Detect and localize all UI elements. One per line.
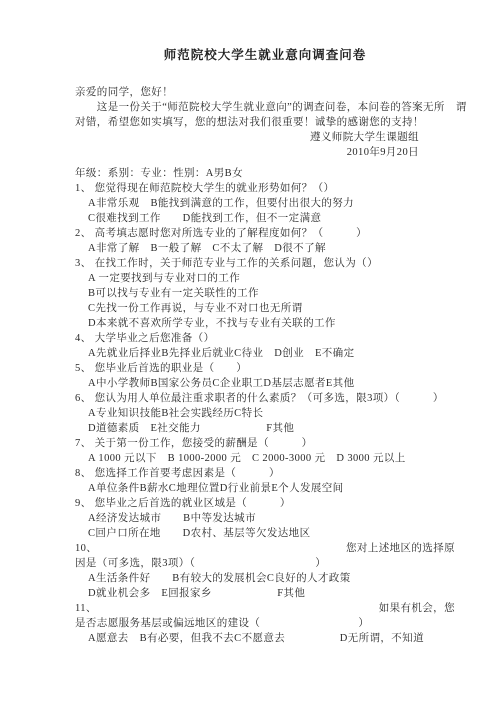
option-line: A愿意去 B有必要，但我不去C不愿意去 D无所谓，不知道: [75, 631, 455, 646]
question-text: 您对上述地区的选择原: [346, 541, 455, 556]
question-number: 10、: [75, 541, 97, 556]
option-line: C先找一份工作再说，与专业不对口也无所谓: [75, 301, 455, 316]
page-title: 师范院校大学生就业意向调查问卷: [75, 46, 455, 64]
question-line: 1、 您觉得现在师范院校大学生的就业形势如何？（）: [75, 181, 455, 196]
option-line: B可以找与专业有一定关联性的工作: [75, 286, 455, 301]
question-line: 5、 您毕业后首选的职业是（ ）: [75, 361, 455, 376]
option-line: D本来就不喜欢所学专业，不找与专业有关联的工作: [75, 316, 455, 331]
question-line: 3、 在找工作时，关于师范专业与工作的关系问题，您认为（）: [75, 256, 455, 271]
option-line: A生活条件好 B有较大的发展机会C良好的人才政策: [75, 571, 455, 586]
option-line: A非常乐观 B能找到满意的工作，但要付出很大的努力: [75, 196, 455, 211]
question-line: 9、 您毕业之后首选的就业区域是（ ）: [75, 496, 455, 511]
question-line: 10、您对上述地区的选择原: [75, 541, 455, 556]
signature-line: 2010年9月20日: [75, 145, 455, 160]
question-line: 7、 关于第一份工作，您接受的薪酬是（ ）: [75, 436, 455, 451]
question-line: 11、如果有机会，您: [75, 601, 455, 616]
option-line: C很难找到工作 D能找到工作，但不一定满意: [75, 211, 455, 226]
question-text: 如果有机会，您: [379, 601, 455, 616]
question-line: 4、 大学毕业之后您准备（）: [75, 331, 455, 346]
option-line: A专业知识技能B社会实践经历C特长: [75, 406, 455, 421]
option-line: A经济发达城市 B中等发达城市: [75, 511, 455, 526]
option-line: D就业机会多 E回报家乡 F其他: [75, 586, 455, 601]
questionnaire-page: 师范院校大学生就业意向调查问卷 亲爱的同学，您好！ 这是一份关于“师范院校大学生…: [0, 0, 500, 707]
intro-line: 对错，希望您如实填写，您的想法对我们很重要！诚挚的感谢您的支持！: [75, 115, 455, 130]
question-line: 6、 您认为用人单位最注重求职者的什么素质？（可多选，限3项）（ ）: [75, 391, 455, 406]
question-line: 8、 您选择工作首要考虑因素是（ ）: [75, 466, 455, 481]
option-line: A 一定要找到与专业对口的工作: [75, 271, 455, 286]
option-line: A单位条件B薪水C地理位置D行业前景E个人发展空间: [75, 481, 455, 496]
signature-line: 遵义师院大学生课题组: [75, 130, 455, 145]
option-line: D道德素质 E社交能力 F其他: [75, 421, 455, 436]
option-line: C回户口所在地 D农村、基层等欠发达地区: [75, 526, 455, 541]
intro-line: 亲爱的同学，您好！: [75, 85, 455, 100]
option-line: A中小学教师B国家公务员C企业职工D基层志愿者E其他: [75, 376, 455, 391]
option-line: A先就业后择业B先择业后就业C待业 D创业 E不确定: [75, 346, 455, 361]
option-line: A 1000 元以下 B 1000-2000 元 C 2000-3000 元 D…: [75, 451, 455, 466]
page-content: 师范院校大学生就业意向调查问卷 亲爱的同学，您好！ 这是一份关于“师范院校大学生…: [75, 46, 455, 646]
option-line: A非常了解 B一般了解 C不太了解 D很不了解: [75, 241, 455, 256]
question-continuation-line: 是否志愿服务基层或偏远地区的建设（ ）: [75, 616, 455, 631]
intro-line: 这是一份关于“师范院校大学生就业意向”的调查问卷，本问卷的答案无所 谓: [75, 100, 455, 115]
question-continuation-line: 因是（可多选，限3项）（ ）: [75, 556, 455, 571]
question-line: 2、 高考填志愿时您对所选专业的了解程度如何？（ ）: [75, 226, 455, 241]
info-line: 年级：系别：专业：性别：A男B女: [75, 166, 455, 181]
question-number: 11、: [75, 601, 97, 616]
